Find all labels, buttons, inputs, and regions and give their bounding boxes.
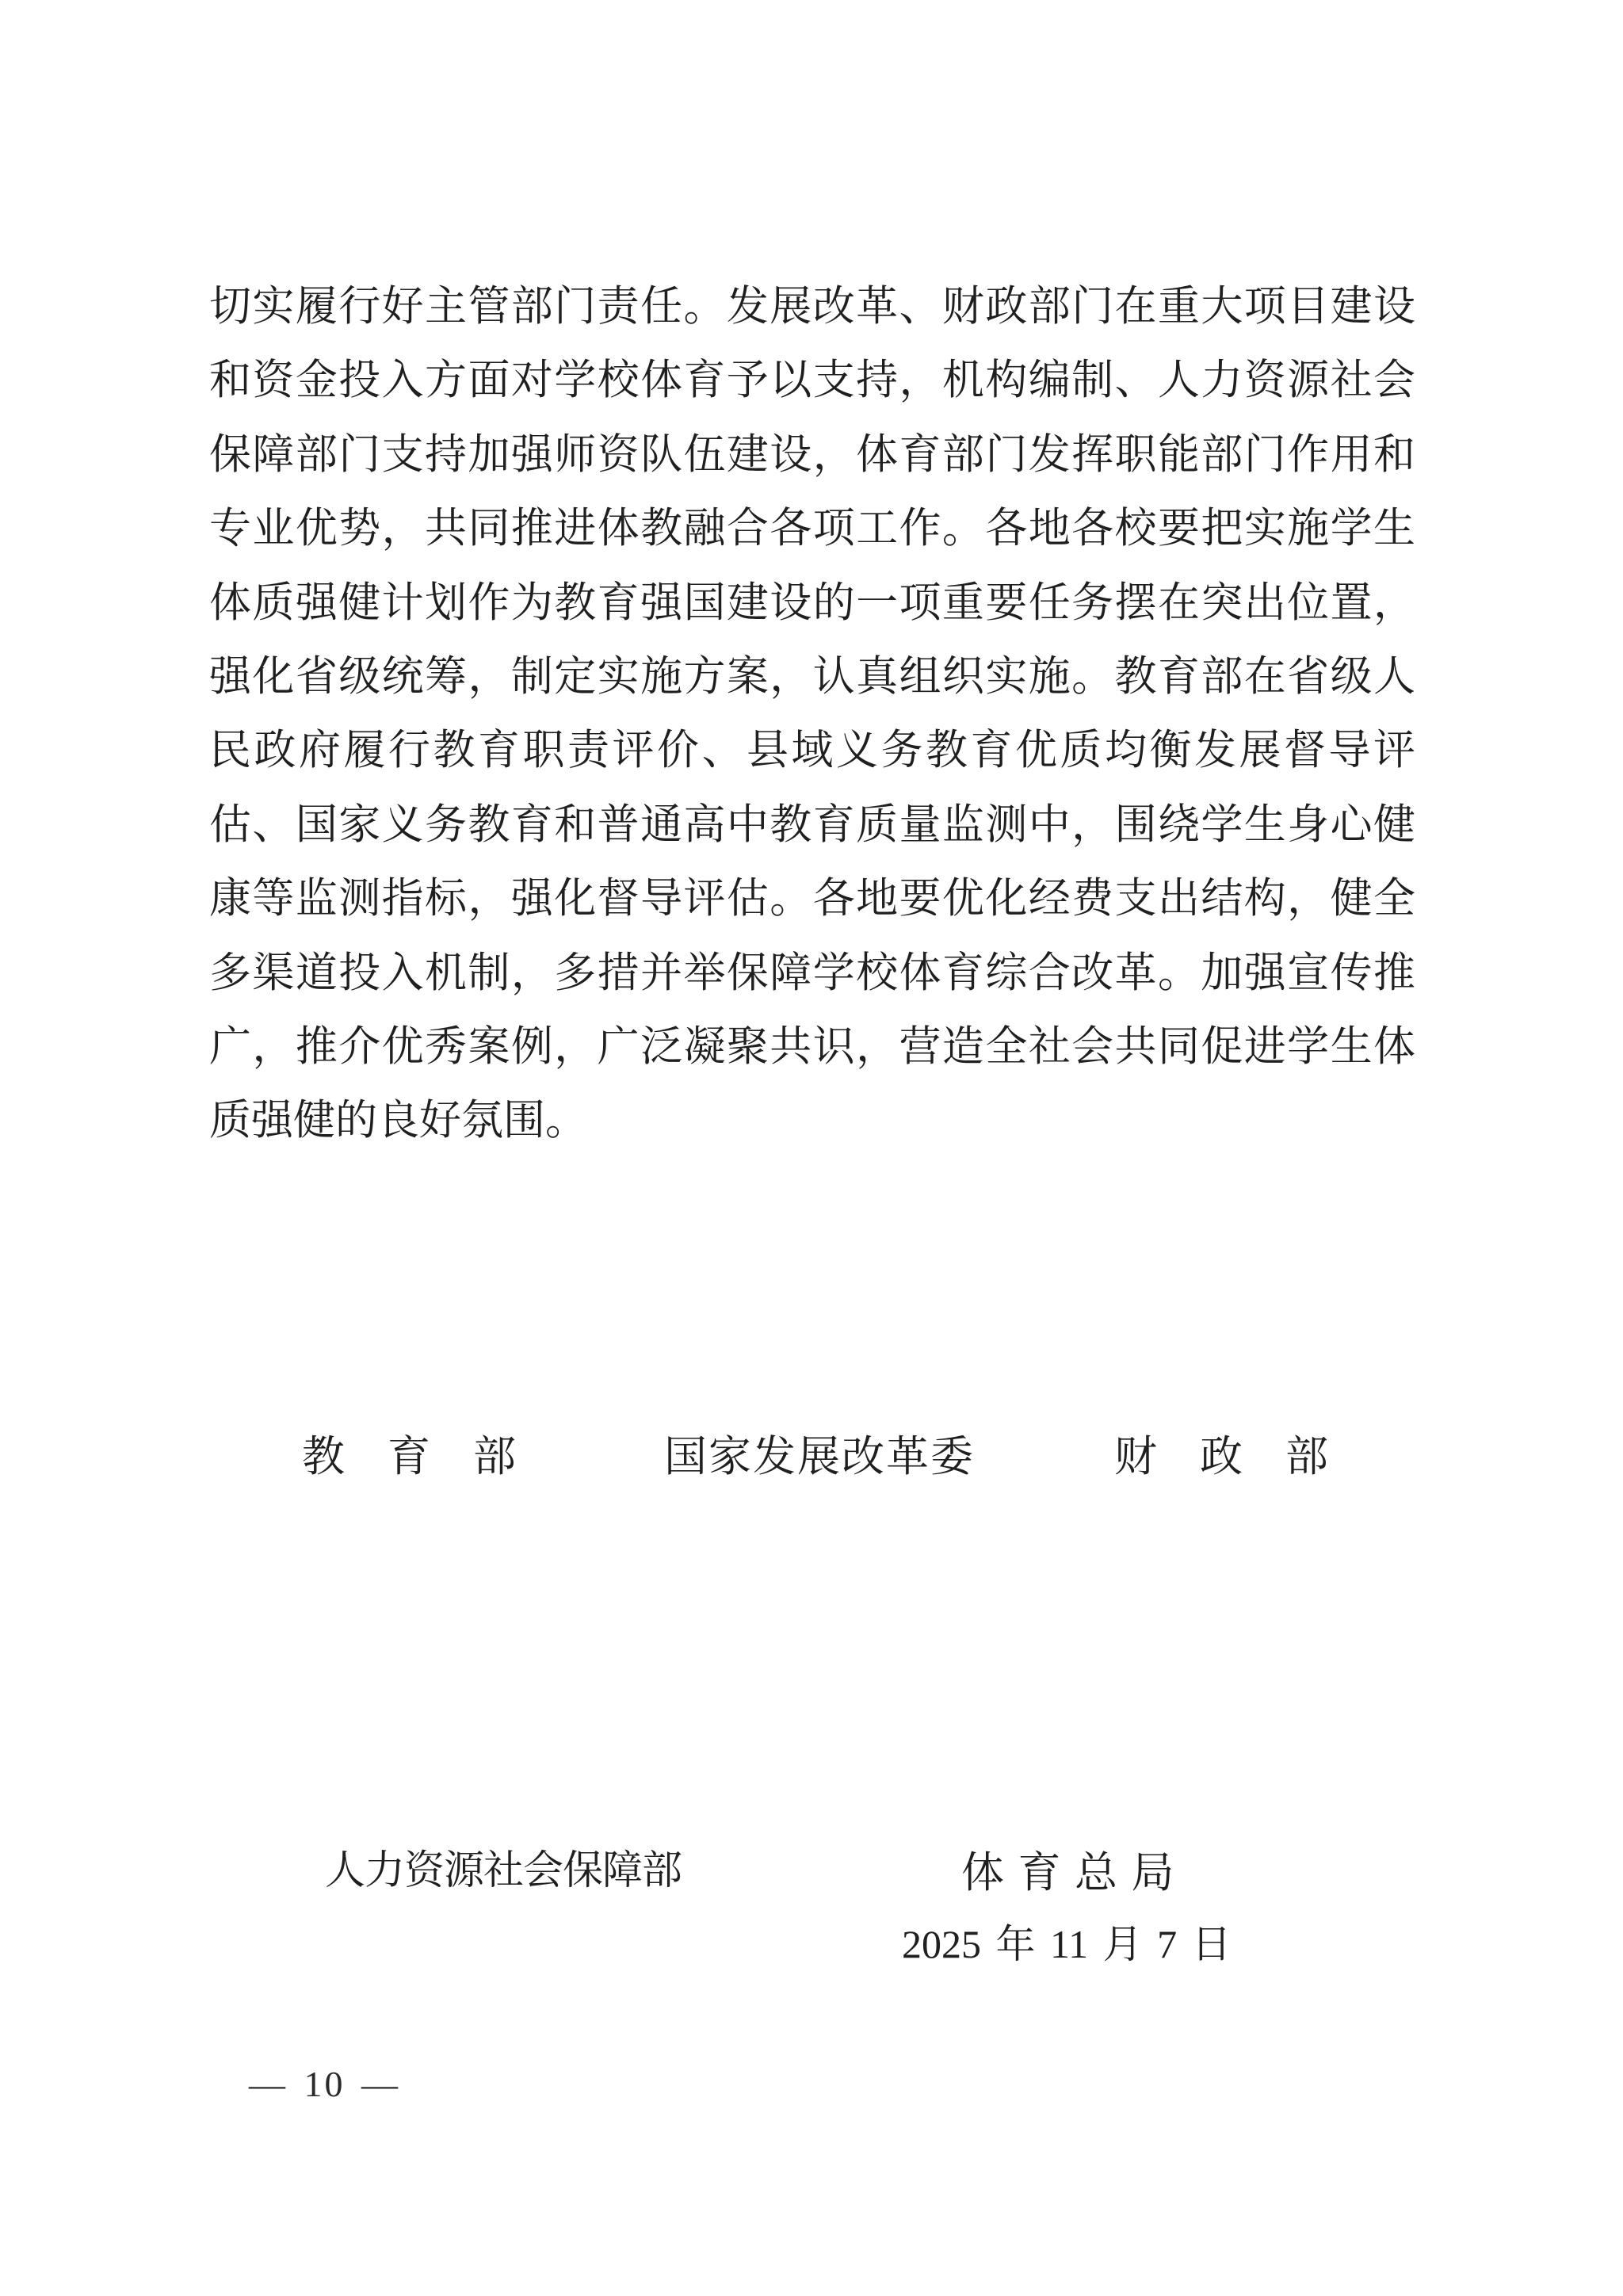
body-line-12: 质强健的良好氛围。: [209, 1084, 1415, 1158]
body-line-2: 和资金投入方面对学校体育予以支持，机构编制、人力资源社会: [209, 344, 1415, 418]
document-page: 切实履行好主管部门责任。发展改革、财政部门在重大项目建设 和资金投入方面对学校体…: [0, 0, 1623, 2296]
body-line-11: 广，推介优秀案例，广泛凝聚共识，营造全社会共同促进学生体: [209, 1010, 1415, 1084]
signature-general-administration-of-sport: 体 育 总 局: [961, 1851, 1174, 1894]
body-line-5: 体质强健计划作为教育强国建设的一项重要任务摆在突出位置，: [209, 567, 1415, 640]
body-line-7: 民政府履行教育职责评价、县域义务教育优质均衡发展督导评: [209, 714, 1415, 788]
signature-ministry-of-finance: 财 政 部: [1114, 1435, 1328, 1478]
signature-ministry-of-education: 教 育 部: [302, 1435, 516, 1478]
body-line-6: 强化省级统筹，制定实施方案，认真组织实施。教育部在省级人: [209, 640, 1415, 714]
body-line-8: 估、国家义务教育和普通高中教育质量监测中，围绕学生身心健: [209, 789, 1415, 862]
page-number: — 10 —: [249, 2066, 400, 2103]
body-paragraph: 切实履行好主管部门责任。发展改革、财政部门在重大项目建设 和资金投入方面对学校体…: [209, 270, 1415, 1159]
body-line-3: 保障部门支持加强师资队伍建设，体育部门发挥职能部门作用和: [209, 418, 1415, 492]
body-line-10: 多渠道投入机制，多措并举保障学校体育综合改革。加强宣传推: [209, 937, 1415, 1010]
body-line-4: 专业优势，共同推进体教融合各项工作。各地各校要把实施学生: [209, 492, 1415, 566]
document-date: 2025 年 11 月 7 日: [902, 1924, 1232, 1964]
body-line-9: 康等监测指标，强化督导评估。各地要优化经费支出结构，健全: [209, 862, 1415, 936]
body-line-1: 切实履行好主管部门责任。发展改革、财政部门在重大项目建设: [209, 270, 1415, 344]
signature-ministry-of-human-resources: 人力资源社会保障部: [325, 1851, 682, 1892]
signature-national-development-reform-commission: 国家发展改革委: [664, 1435, 975, 1478]
